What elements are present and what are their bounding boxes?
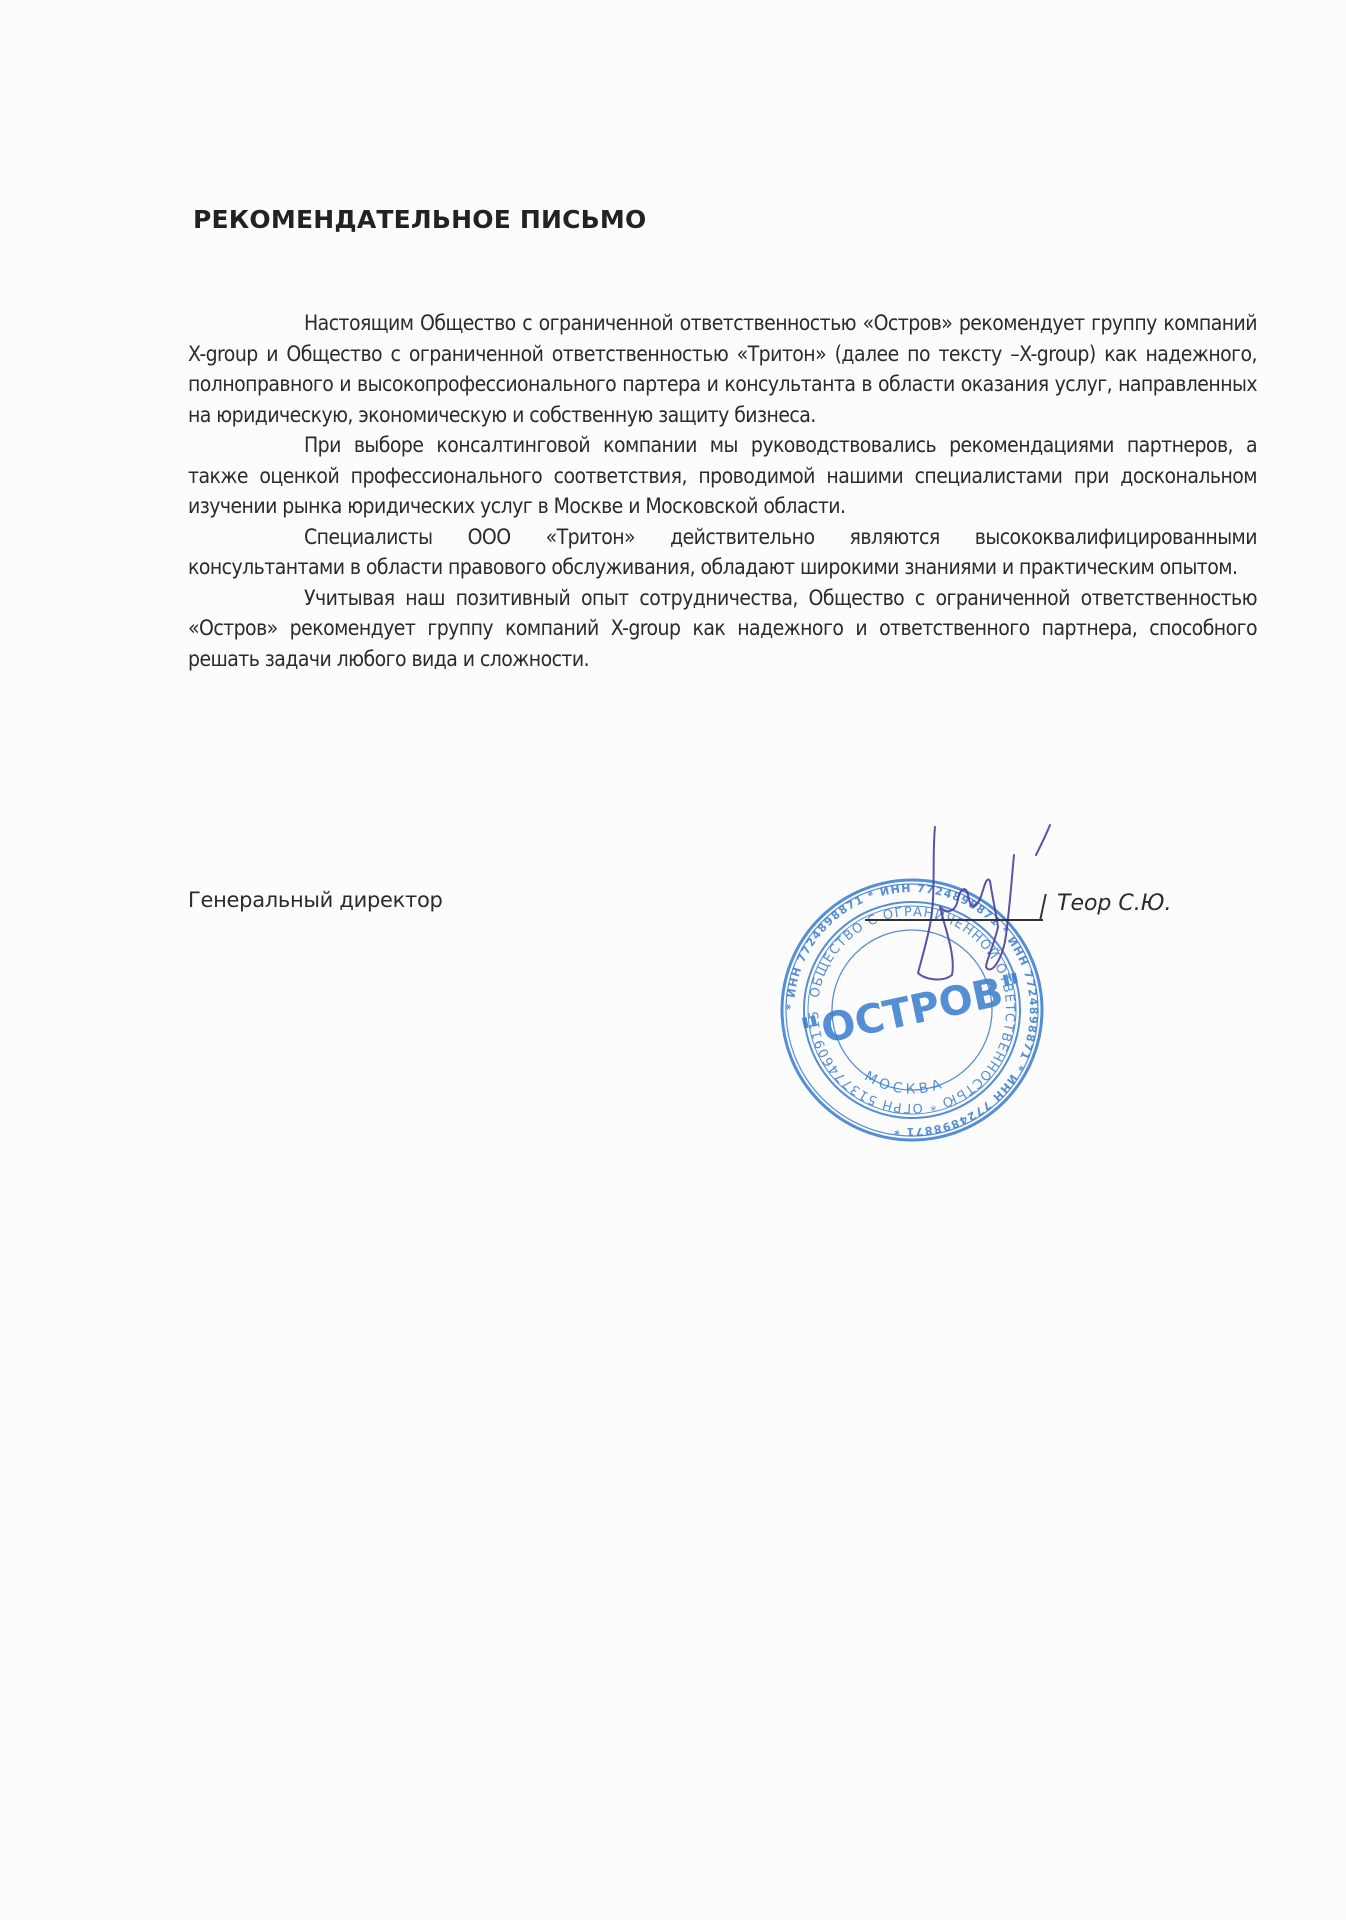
document-title: РЕКОМЕНДАТЕЛЬНОЕ ПИСЬМО	[193, 205, 646, 234]
paragraph-4: Учитывая наш позитивный опыт сотрудничес…	[188, 583, 1257, 675]
paragraph-3: Специалисты ООО «Тритон» действительно я…	[188, 522, 1257, 583]
letter-body: Настоящим Общество с ограниченной ответс…	[188, 308, 1257, 674]
signer-position: Генеральный директор	[188, 888, 443, 912]
paragraph-2: При выборе консалтинговой компании мы ру…	[188, 430, 1257, 522]
signature-line	[865, 919, 1043, 921]
letter-page: РЕКОМЕНДАТЕЛЬНОЕ ПИСЬМО Настоящим Общест…	[0, 0, 1346, 1920]
signer-name: Теор С.Ю.	[1057, 891, 1172, 916]
paragraph-1: Настоящим Общество с ограниченной ответс…	[188, 308, 1257, 430]
handwritten-signature-icon	[900, 815, 1060, 995]
